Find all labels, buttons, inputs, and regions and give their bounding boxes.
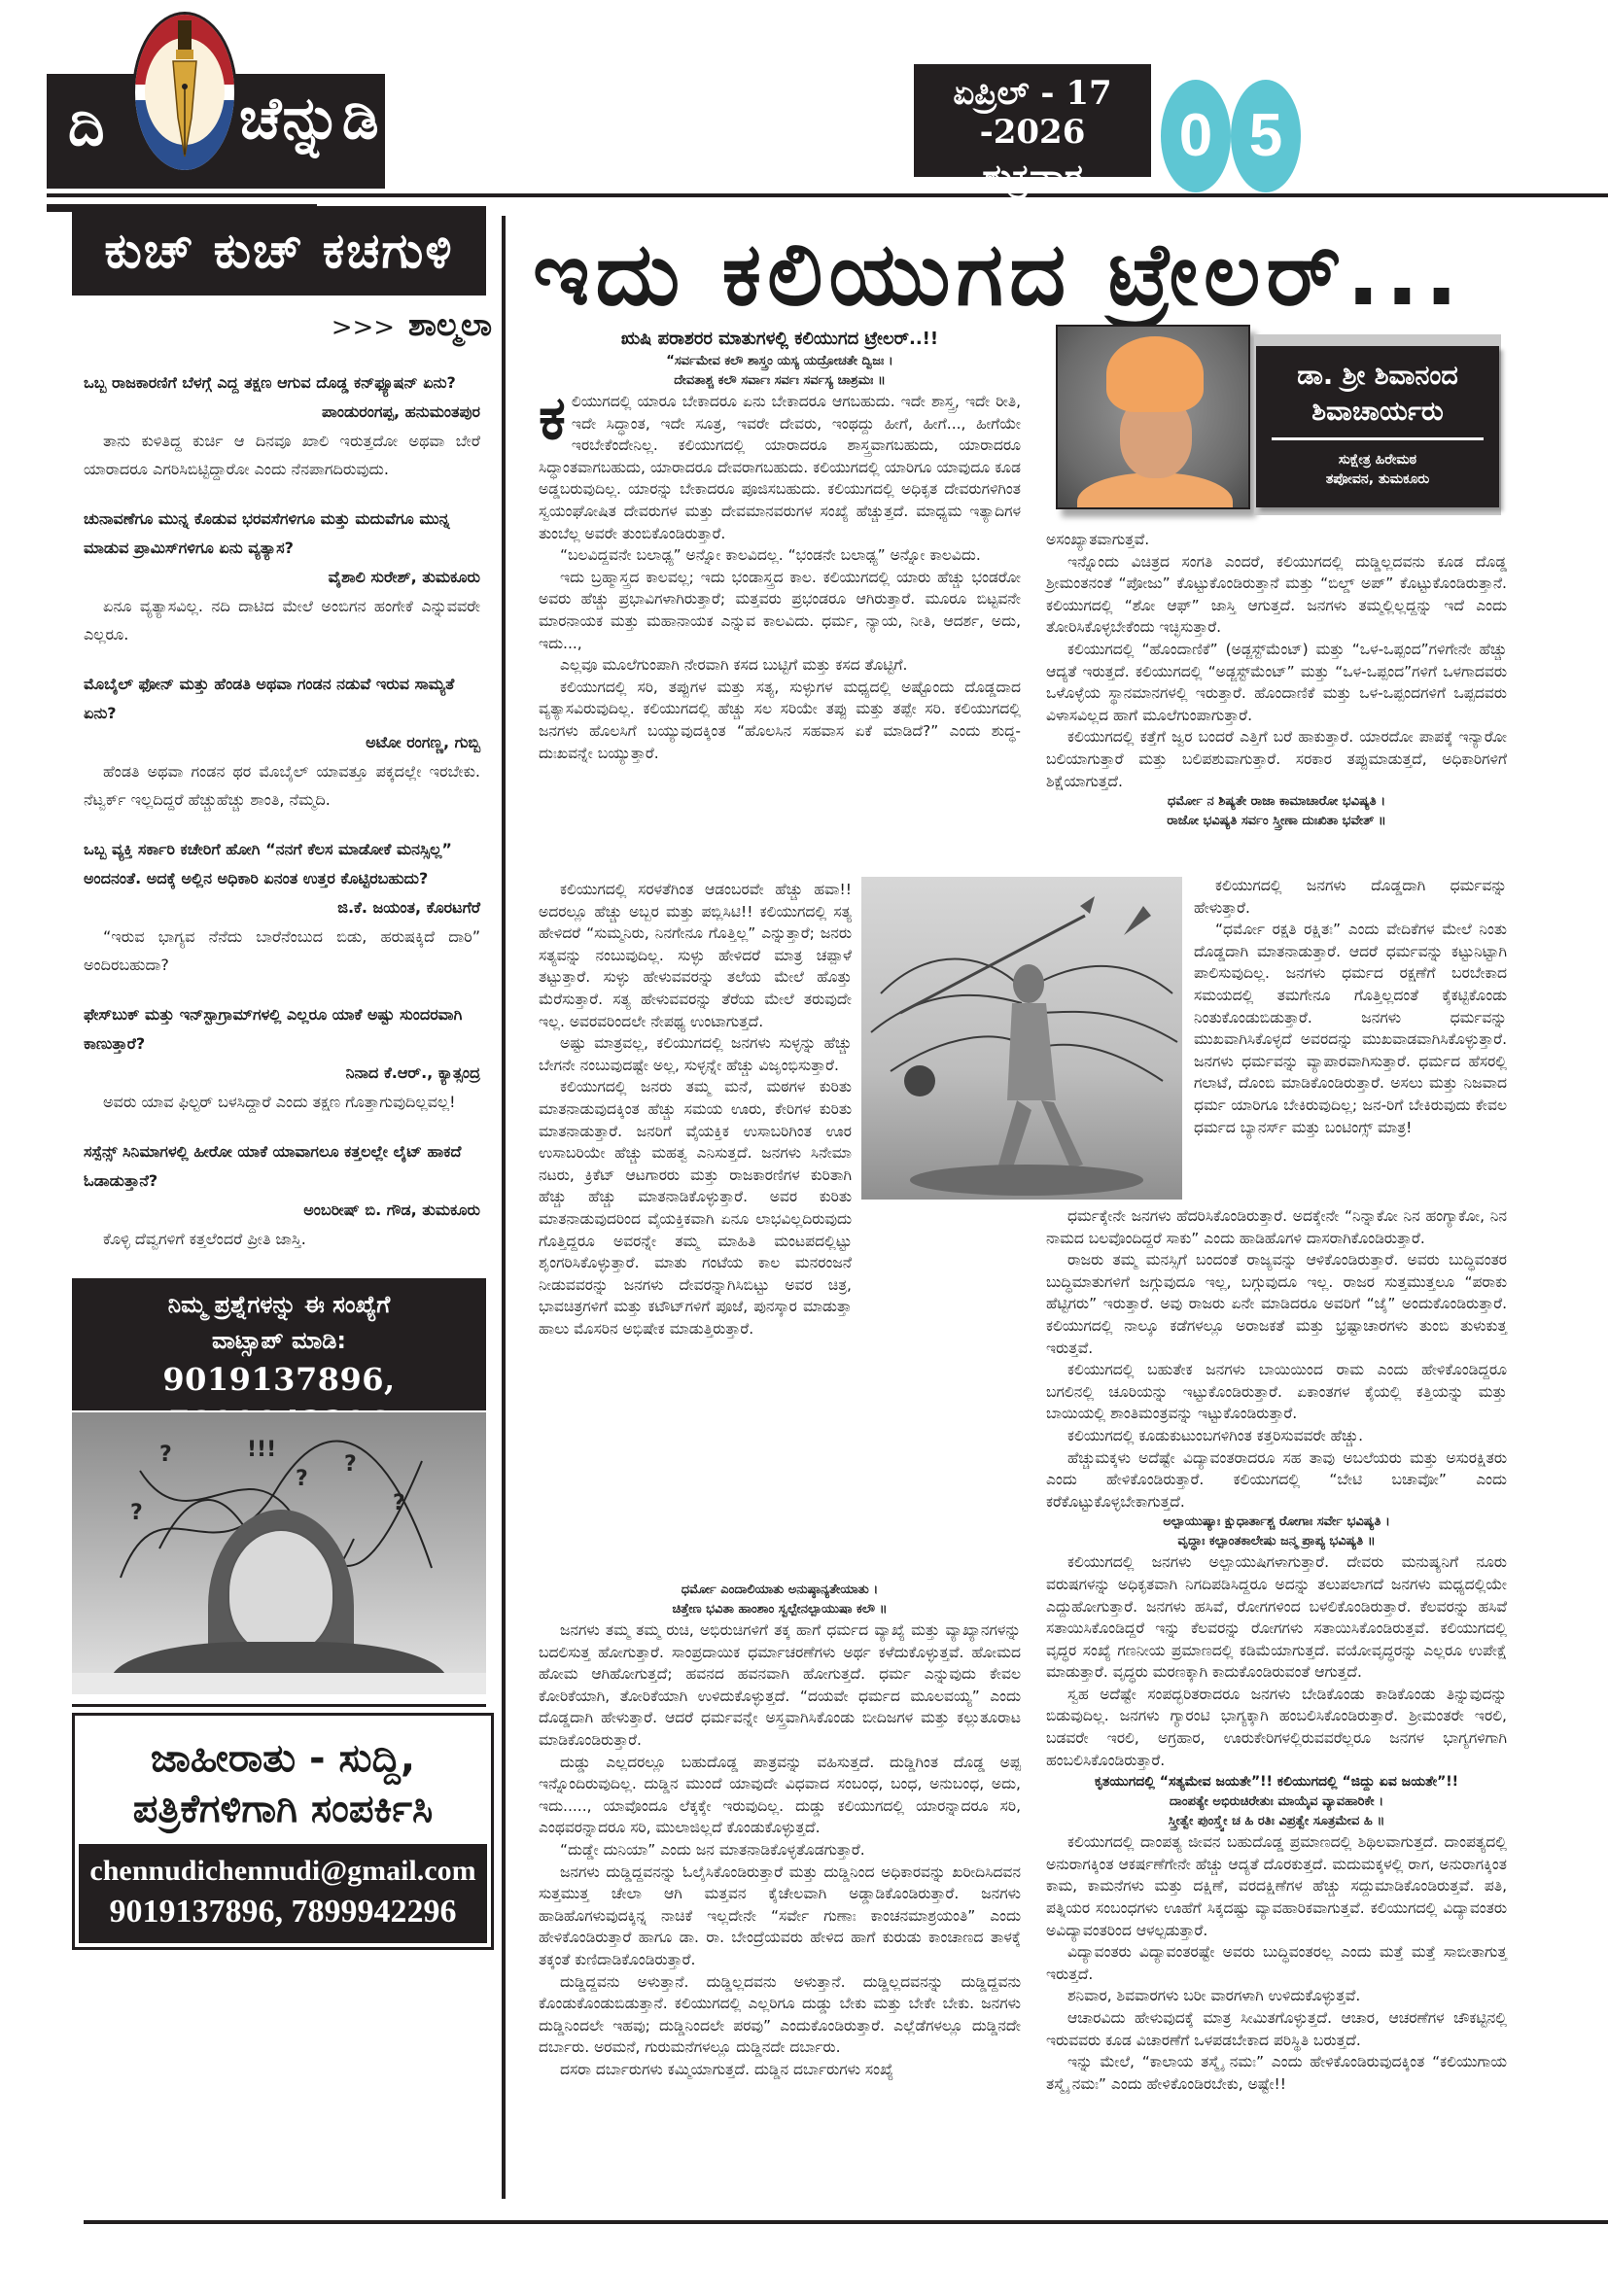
- issue-date: ಏಪ್ರಿಲ್ - 17 -2026: [914, 74, 1151, 152]
- author-photo: [1056, 325, 1250, 509]
- article-paragraph: ಹೆಚ್ಚುಮಕ್ಕಳು ಅದೆಷ್ಟೇ ವಿದ್ಯಾವಂತರಾದರೂ ಸಹ ತ…: [1046, 1447, 1507, 1513]
- byline-arrows: >>>: [332, 313, 395, 342]
- page-number-digit: 0: [1161, 80, 1231, 192]
- shloka: ಧರ್ಮೋ ನ ಶಿಷ್ಯತೇ ರಾಜಾ ಕಾಮಾಚಾರೋ ಭವಿಷ್ಯತಿ ।: [1046, 792, 1507, 812]
- svg-text:?: ?: [393, 1491, 405, 1515]
- article-column-2-wrap: ಕಲಿಯುಗದಲ್ಲಿ ಜನಗಳು ದೊಡ್ಡದಾಗಿ ಧರ್ಮವನ್ನು ಹೇ…: [1194, 875, 1507, 1138]
- shloka: ರಾಜೋ ಭವಿಷ್ಯತಿ ಸರ್ವಂ ಸ್ತ್ರೀಣಾ ದುಃಖಿತಾ ಭವೇ…: [1046, 812, 1507, 831]
- qa-answer: ತಾನು ಕುಳಿತಿದ್ದ ಕುರ್ಚಿ ಆ ದಿನವೂ ಖಾಲಿ ಇರುತ್…: [84, 427, 480, 483]
- article-paragraph: ದಸರಾ ದರ್ಬಾರುಗಳು ಕಮ್ಮಿಯಾಗುತ್ತದೆ. ದುಡ್ಡಿನ …: [539, 2059, 1021, 2081]
- qa-item: ಚುನಾವಣೆಗೂ ಮುನ್ನ ಕೊಡುವ ಭರವಸೆಗಳಿಗೂ ಮತ್ತು ಮ…: [72, 504, 492, 648]
- column-divider: [502, 216, 506, 2199]
- svg-text:?: ?: [130, 1501, 143, 1525]
- advertisement-box: ಜಾಹೀರಾತು - ಸುದ್ದಿ, ಪತ್ರಿಕೆಗಳಿಗಾಗಿ ಸಂಪರ್ಕ…: [72, 1713, 494, 1950]
- article-column-2-bottom: ಧರ್ಮಕ್ಕೇನೇ ಜನಗಳು ಹೆದರಿಸಿಕೊಂಡಿರುತ್ತಾರೆ. ಅ…: [1046, 1205, 1507, 2095]
- shloka: “ಸರ್ವಮೇವ ಕಲೌ ಶಾಸ್ತ್ರಂ ಯಸ್ಯ ಯದ್ರೋಚತೇ ದ್ವಿ…: [539, 352, 1021, 371]
- masthead-rule: [47, 193, 1608, 197]
- qa-asker: ಪಾಂಡುರಂಗಪ್ಪ, ಹನುಮಂತಪುರ: [84, 398, 480, 427]
- qa-question: ಒಬ್ಬ ರಾಜಕಾರಣಿಗೆ ಬೆಳಗ್ಗೆ ಎದ್ದ ತಕ್ಷಣ ಆಗುವ …: [84, 368, 480, 398]
- shloka: ಸ್ತ್ರೀತ್ವೇ ಪುಂಸ್ತ್ವೇ ಚ ಹಿ ರತಿಃ ವಿಪ್ರತ್ವೇ…: [1046, 1812, 1507, 1831]
- svg-text:?: ?: [296, 1467, 308, 1491]
- article-paragraph: ಇನ್ನು ಮೇಲೆ, “ಕಾಲಾಯ ತಸ್ಮೈ ನಮಃ” ಎಂದು ಹೇಳಿಕ…: [1046, 2051, 1507, 2095]
- drop-cap: ಕ: [539, 393, 566, 443]
- article-paragraph: ಅಸಂಖ್ಯಾತವಾಗುತ್ತವೆ.: [1046, 529, 1507, 551]
- masthead-prefix: ದಿ: [68, 97, 104, 154]
- article-paragraph: ದುಡ್ಡು ಎಲ್ಲದರಲ್ಲೂ ಬಹುದೊಡ್ಡ ಪಾತ್ರವನ್ನು ವಹ…: [539, 1752, 1021, 1839]
- svg-text:?: ?: [344, 1452, 357, 1477]
- byline-name: ಶಾಲ್ಮಲಾ: [408, 306, 492, 343]
- article-paragraph: ಕಲಿಯುಗದಲ್ಲಿ ಬಹುತೇಕ ಜನಗಳು ಬಾಯಿಯಿಂದ ರಾಮ ಎಂ…: [1046, 1359, 1507, 1425]
- author-name-line1: ಡಾ. ಶ್ರೀ ಶಿವಾನಂದ: [1256, 358, 1499, 395]
- article-column-1: ಋಷಿ ಪರಾಶರರ ಮಾತುಗಳಲ್ಲಿ ಕಲಿಯುಗದ ಟ್ರೇಲರ್..!…: [539, 327, 1021, 764]
- article-paragraph: ಕಲಿಯುಗದಲ್ಲಿ ಕೂಡುಕುಟುಂಬಗಳಿಗಿಂತ ಕತ್ತರಿಸುವವ…: [1046, 1425, 1507, 1447]
- shloka: ಅಲ್ಪಾಯುಷ್ಯಾಃ ಕ್ಷುಧಾರ್ತಾಶ್ಚ ರೋಗಾಃ ಸರ್ವೇ ಭ…: [1046, 1513, 1507, 1532]
- shloka: ದೇವತಾಶ್ಚ ಕಲೌ ಸರ್ವಾಃ ಸರ್ವಃ ಸರ್ವಸ್ಯ ಚಾಶ್ರಮ…: [539, 371, 1021, 391]
- svg-text:!!!: !!!: [247, 1438, 276, 1462]
- article-paragraph: ಇದು ಬ್ರಹ್ಮಾಸ್ತ್ರದ ಕಾಲವಲ್ಲ; ಇದು ಭಂಡಾಸ್ತ್ರ…: [539, 567, 1021, 654]
- article-paragraph: ಧರ್ಮಕ್ಕೇನೇ ಜನಗಳು ಹೆದರಿಸಿಕೊಂಡಿರುತ್ತಾರೆ. ಅ…: [1046, 1205, 1507, 1249]
- qa-answer: ಕೊಳ್ಳಿ ದೆವ್ವಗಳಿಗೆ ಕತ್ತಲೆಂದರೆ ಪ್ರೀತಿ ಜಾಸ್…: [84, 1225, 480, 1253]
- qa-item: ಒಬ್ಬ ವ್ಯಕ್ತಿ ಸರ್ಕಾರಿ ಕಚೇರಿಗೆ ಹೋಗಿ “ನನಗೆ …: [72, 835, 492, 979]
- page-number-digit: 5: [1231, 80, 1301, 192]
- shloka: ವೃದ್ಧಾಃ ಕಲ್ಪಾಂತಕಾಲೇಷು ಜನ್ಮ ಪ್ರಾಪ್ಯ ಭವಿಷ್…: [1046, 1532, 1507, 1551]
- kuch-kuch-column: ಕುಚ್ ಕುಚ್ ಕಚಗುಳಿ >>>ಶಾಲ್ಮಲಾ ಒಬ್ಬ ರಾಜಕಾರಣ…: [72, 206, 492, 1950]
- qa-asker: ವೈಶಾಲಿ ಸುರೇಶ್, ತುಮಕೂರು: [84, 563, 480, 592]
- qa-item: ಸಸ್ಪೆನ್ಸ್ ಸಿನಿಮಾಗಳಲ್ಲಿ ಹೀರೋ ಯಾಕೆ ಯಾವಾಗಲೂ…: [72, 1137, 492, 1253]
- article-paragraph: ರಾಜರು ತಮ್ಮ ಮನಸ್ಸಿಗೆ ಬಂದಂತೆ ರಾಜ್ಯವನ್ನು ಆಳ…: [1046, 1249, 1507, 1359]
- whatsapp-questions-box: ನಿಮ್ಮ ಪ್ರಶ್ನೆಗಳನ್ನು ಈ ಸಂಖ್ಯೆಗೆ ವಾಟ್ಸಾಪ್ …: [72, 1278, 486, 1410]
- article-paragraph: ಕಲಿಯುಗದಲ್ಲಿ ಯಾರೂ ಬೇಕಾದರೂ ಏನು ಬೇಕಾದರೂ ಆಗಬ…: [539, 391, 1021, 544]
- shloka: ದಾಂಪತ್ಯೇ ಅಭಿರುಚಿರೇತುಃ ಮಾಯೈವ ವ್ಯಾವಹಾರಿಕೇ …: [1046, 1792, 1507, 1812]
- article-paragraph: ಕಲಿಯುಗದಲ್ಲಿ ಜನಗಳು ಅಲ್ಪಾಯುಷಿಗಳಾಗುತ್ತಾರೆ. …: [1046, 1551, 1507, 1684]
- qa-question: ಒಬ್ಬ ವ್ಯಕ್ತಿ ಸರ್ಕಾರಿ ಕಚೇರಿಗೆ ಹೋಗಿ “ನನಗೆ …: [84, 835, 480, 893]
- qa-item: ಮೊಬೈಲ್ ಫೋನ್ ಮತ್ತು ಹೆಂಡತಿ ಅಥವಾ ಗಂಡನ ನಡುವೆ…: [72, 670, 492, 814]
- article-paragraph: ಕಲಿಯುಗದಲ್ಲಿ ಸರಳತೆಗಿಂತ ಆಡಂಬರವೇ ಹೆಚ್ಚು ಹವಾ…: [539, 879, 852, 1032]
- confused-woman-photo: ?!!!? ???: [72, 1412, 486, 1694]
- svg-text:?: ?: [159, 1443, 172, 1467]
- article-column-1-bottom: ಕಲಿಯುಗದಲ್ಲಿ “ಎಂಟರ್‌ಟೇನ್‌ಮೆಂಟ್” (ಮನರಂಜನೆ)…: [539, 1581, 1021, 2080]
- pen-nib-logo-icon: [132, 12, 237, 173]
- qa-asker: ನಿನಾದ ಕೆ.ಆರ್., ಕ್ಯಾತ್ಸಂದ್ರ: [84, 1059, 480, 1088]
- article-paragraph: ಇನ್ನೊಂದು ವಿಚಿತ್ರದ ಸಂಗತಿ ಎಂದರೆ, ಕಲಿಯುಗದಲ್…: [1046, 551, 1507, 639]
- article-paragraph: ದುಡ್ಡಿದ್ದವನು ಅಳುತ್ತಾನೆ. ದುಡ್ಡಿಲ್ಲದವನು ಅಳ…: [539, 1971, 1021, 2059]
- author-affiliation-line2: ತಪೋವನ, ತುಮಕೂರು: [1256, 470, 1499, 489]
- qa-answer: ಅವರು ಯಾವ ಫಿಲ್ಟರ್ ಬಳಸಿದ್ದಾರೆ ಎಂದು ತಕ್ಷಣ ಗ…: [84, 1088, 480, 1116]
- qa-question: ಚುನಾವಣೆಗೂ ಮುನ್ನ ಕೊಡುವ ಭರವಸೆಗಳಿಗೂ ಮತ್ತು ಮ…: [84, 504, 480, 563]
- qa-item: ಫೇಸ್‌ಬುಕ್ ಮತ್ತು ಇನ್‌ಸ್ಟಾಗ್ರಾಮ್‌ಗಳಲ್ಲಿ ಎಲ…: [72, 1000, 492, 1116]
- section-subhead: ಕೃತಯುಗದಲ್ಲಿ “ಸತ್ಯಮೇವ ಜಯತೇ”!! ಕಲಿಯುಗದಲ್ಲಿ…: [1046, 1771, 1507, 1792]
- masthead-title: ಚೆನ್ನುಡಿ: [239, 89, 380, 148]
- ad-contact: chennudichennudi@gmail.com 9019137896, 7…: [79, 1844, 487, 1943]
- article-paragraph: “ಬಲವಿದ್ದವನೇ ಬಲಾಢ್ಯ” ಅನ್ನೋ ಕಾಲವಿದಲ್ಲ. “ಭಂ…: [539, 544, 1021, 567]
- author-affiliation-line1: ಸುಕ್ಷೇತ್ರ ಹಿರೇಮಠ: [1256, 450, 1499, 470]
- qa-question: ಫೇಸ್‌ಬುಕ್ ಮತ್ತು ಇನ್‌ಸ್ಟಾಗ್ರಾಮ್‌ಗಳಲ್ಲಿ ಎಲ…: [84, 1000, 480, 1059]
- shloka: ಧರ್ಮೋ ಎಂದಾಲಿಯಾತು ಅನುಷ್ಠಾನ್ಯತೇಯಾತು ।: [539, 1581, 1021, 1600]
- article-column-2: ಅಸಂಖ್ಯಾತವಾಗುತ್ತವೆ. ಇನ್ನೊಂದು ವಿಚಿತ್ರದ ಸಂಗ…: [1046, 529, 1507, 831]
- ad-heading: ಜಾಹೀರಾತು - ಸುದ್ದಿ, ಪತ್ರಿಕೆಗಳಿಗಾಗಿ ಸಂಪರ್ಕ…: [79, 1720, 487, 1844]
- kali-illustration: [861, 877, 1182, 1200]
- article-paragraph: “ದುಡ್ಡೇ ದುನಿಯಾ” ಎಂದು ಜನ ಮಾತನಾಡಿಕೊಳ್ಳತೊಡಗ…: [539, 1839, 1021, 1861]
- contact-phones: 9019137896, 7899942296: [79, 1891, 487, 1933]
- article-paragraph: ಜನಗಳು ದುಡ್ಡಿದ್ದವನನ್ನು ಓಲೈಸಿಕೊಂಡಿರುತ್ತಾರೆ…: [539, 1861, 1021, 1971]
- qa-answer: “ಇರುವ ಭಾಗ್ಯವ ನೆನೆದು ಬಾರೆನೆಂಬುದ ಬಿಡು, ಹರು…: [84, 922, 480, 979]
- article-column-1-wrap: ಕಲಿಯುಗದಲ್ಲಿ ಸರಳತೆಗಿಂತ ಆಡಂಬರವೇ ಹೆಚ್ಚು ಹವಾ…: [539, 879, 852, 1339]
- whatsapp-line2: ವಾಟ್ಸಾಪ್ ಮಾಡಿ:: [72, 1323, 486, 1358]
- qa-asker: ಅಟೋ ರಂಗಣ್ಣ, ಗುಬ್ಬಿ: [84, 728, 480, 757]
- article-paragraph: ಎಲ್ಲವೂ ಮೂಲೆಗುಂಪಾಗಿ ನೇರವಾಗಿ ಕಸದ ಬುಟ್ಟಿಗೆ …: [539, 654, 1021, 677]
- article-paragraph: ಅಷ್ಟು ಮಾತ್ರವಲ್ಲ, ಕಲಿಯುಗದಲ್ಲಿ ಜನಗಳು ಸುಳ್ಳ…: [539, 1032, 852, 1076]
- article-headline: ಇದು ಕಲಿಯುಗದ ಟ್ರೇಲರ್...: [533, 222, 1464, 329]
- article-paragraph: ಕಲಿಯುಗದಲ್ಲಿ ಜನರು ತಮ್ಮ ಮನೆ, ಮಠಗಳ ಕುರಿತು ಮ…: [539, 1076, 852, 1339]
- column-byline: >>>ಶಾಲ್ಮಲಾ: [72, 305, 492, 347]
- whatsapp-line1: ನಿಮ್ಮ ಪ್ರಶ್ನೆಗಳನ್ನು ಈ ಸಂಖ್ಯೆಗೆ: [72, 1278, 486, 1323]
- article-paragraph: ವಿದ್ಯಾವಂತರು ವಿದ್ಯಾವಂತರಷ್ಟೇ ಅವರು ಬುದ್ಧಿವಂ…: [1046, 1941, 1507, 1985]
- article-paragraph: ಕಲಿಯುಗದಲ್ಲಿ ದಾಂಪತ್ಯ ಜೀವನ ಬಹುದೊಡ್ಡ ಪ್ರಮಾಣ…: [1046, 1831, 1507, 1941]
- ad-heading-line2: ಪತ್ರಿಕೆಗಳಿಗಾಗಿ ಸಂಪರ್ಕಿಸಿ: [79, 1784, 487, 1834]
- issue-weekday: ಶುಕ್ರವಾರ: [914, 157, 1151, 198]
- contact-email[interactable]: chennudichennudi@gmail.com: [79, 1852, 487, 1891]
- shloka: ಚಿತ್ತೇಣ ಭವಿತಾ ಹಾಂಶಾಂ ಸ್ವಲ್ಪೇನಲ್ಪಾಯುಷಾ ಕಲ…: [539, 1600, 1021, 1619]
- article-paragraph: ಕಲಿಯುಗದಲ್ಲಿ ಸರಿ, ತಪ್ಪುಗಳ ಮತ್ತು ಸತ್ಯ, ಸುಳ…: [539, 677, 1021, 764]
- article-paragraph: ಜನಗಳು ತಮ್ಮ ತಮ್ಮ ರುಚಿ, ಅಭಿರುಚಿಗಳಿಗೆ ತಕ್ಕ …: [539, 1619, 1021, 1752]
- article-paragraph: ಸ್ವಹ ಅದೆಷ್ಟೇ ಸಂಪದ್ಭರಿತರಾದರೂ ಜನಗಳು ಬೇಡಿಕೊ…: [1046, 1684, 1507, 1771]
- author-box: ಡಾ. ಶ್ರೀ ಶಿವಾನಂದ ಶಿವಾಚಾರ್ಯರು ಸುಕ್ಷೇತ್ರ ಹ…: [1256, 346, 1499, 507]
- qa-question: ಮೊಬೈಲ್ ಫೋನ್ ಮತ್ತು ಹೆಂಡತಿ ಅಥವಾ ಗಂಡನ ನಡುವೆ…: [84, 670, 480, 728]
- article-paragraph: “ಧರ್ಮೋ ರಕ್ಷತಿ ರಕ್ಷಿತಃ” ಎಂದು ವೇದಿಕೆಗಳ ಮೇಲ…: [1194, 919, 1507, 1138]
- qa-answer: ಹೆಂಡತಿ ಅಥವಾ ಗಂಡನ ಥರ ಮೊಬೈಲ್ ಯಾವತ್ತೂ ಪಕ್ಕದ…: [84, 757, 480, 814]
- goddess-kali-icon: [861, 877, 1182, 1200]
- column-title: ಕುಚ್ ಕುಚ್ ಕಚಗುಳಿ: [72, 206, 486, 296]
- article-paragraph: ಆಚಾರವಿದು ಹೇಳುವುದಕ್ಕೆ ಮಾತ್ರ ಸೀಮಿತಗೊಳ್ಳುತ್…: [1046, 2007, 1507, 2051]
- date-box: ಏಪ್ರಿಲ್ - 17 -2026 ಶುಕ್ರವಾರ: [914, 64, 1151, 177]
- ad-heading-line1: ಜಾಹೀರಾತು - ಸುದ್ದಿ,: [79, 1733, 487, 1784]
- article-paragraph: ಕಲಿಯುಗದಲ್ಲಿ ಜನಗಳು ದೊಡ್ಡದಾಗಿ ಧರ್ಮವನ್ನು ಹೇ…: [1194, 875, 1507, 919]
- article-subhead: ಋಷಿ ಪರಾಶರರ ಮಾತುಗಳಲ್ಲಿ ಕಲಿಯುಗದ ಟ್ರೇಲರ್..!…: [539, 327, 1021, 352]
- page-bottom-rule: [84, 2220, 1608, 2224]
- article-paragraph: ಶನಿವಾರ, ಶಿವವಾರಗಳು ಬರೀ ವಾರಗಳಾಗಿ ಉಳಿದುಕೊಳ್…: [1046, 1985, 1507, 2007]
- author-divider: [1272, 437, 1484, 440]
- qa-answer: ಏನೂ ವ್ಯತ್ಯಾಸವಿಲ್ಲ. ನದಿ ದಾಟಿದ ಮೇಲೆ ಅಂಬಿಗನ…: [84, 592, 480, 648]
- article-paragraph: ಕಲಿಯುಗದಲ್ಲಿ “ಹೊಂದಾಣಿಕೆ” (ಅಡ್ಜಸ್ಟ್‌ಮೆಂಟ್)…: [1046, 639, 1507, 726]
- qa-question: ಸಸ್ಪೆನ್ಸ್ ಸಿನಿಮಾಗಳಲ್ಲಿ ಹೀರೋ ಯಾಕೆ ಯಾವಾಗಲೂ…: [84, 1137, 480, 1196]
- author-name-line2: ಶಿವಾಚಾರ್ಯರು: [1256, 395, 1499, 430]
- qa-item: ಒಬ್ಬ ರಾಜಕಾರಣಿಗೆ ಬೆಳಗ್ಗೆ ಎದ್ದ ತಕ್ಷಣ ಆಗುವ …: [72, 368, 492, 483]
- divider: [72, 1704, 486, 1707]
- qa-asker: ಅಂಬರೀಷ್ ಬಿ. ಗೌಡ, ತುಮಕೂರು: [84, 1196, 480, 1225]
- article-paragraph: ಕಲಿಯುಗದಲ್ಲಿ ಕತ್ತೆಗೆ ಜ್ವರ ಬಂದರೆ ಎತ್ತಿಗೆ ಬ…: [1046, 726, 1507, 792]
- qa-asker: ಜಿ.ಕೆ. ಜಯಂತ, ಕೊರಟಗೆರೆ: [84, 893, 480, 922]
